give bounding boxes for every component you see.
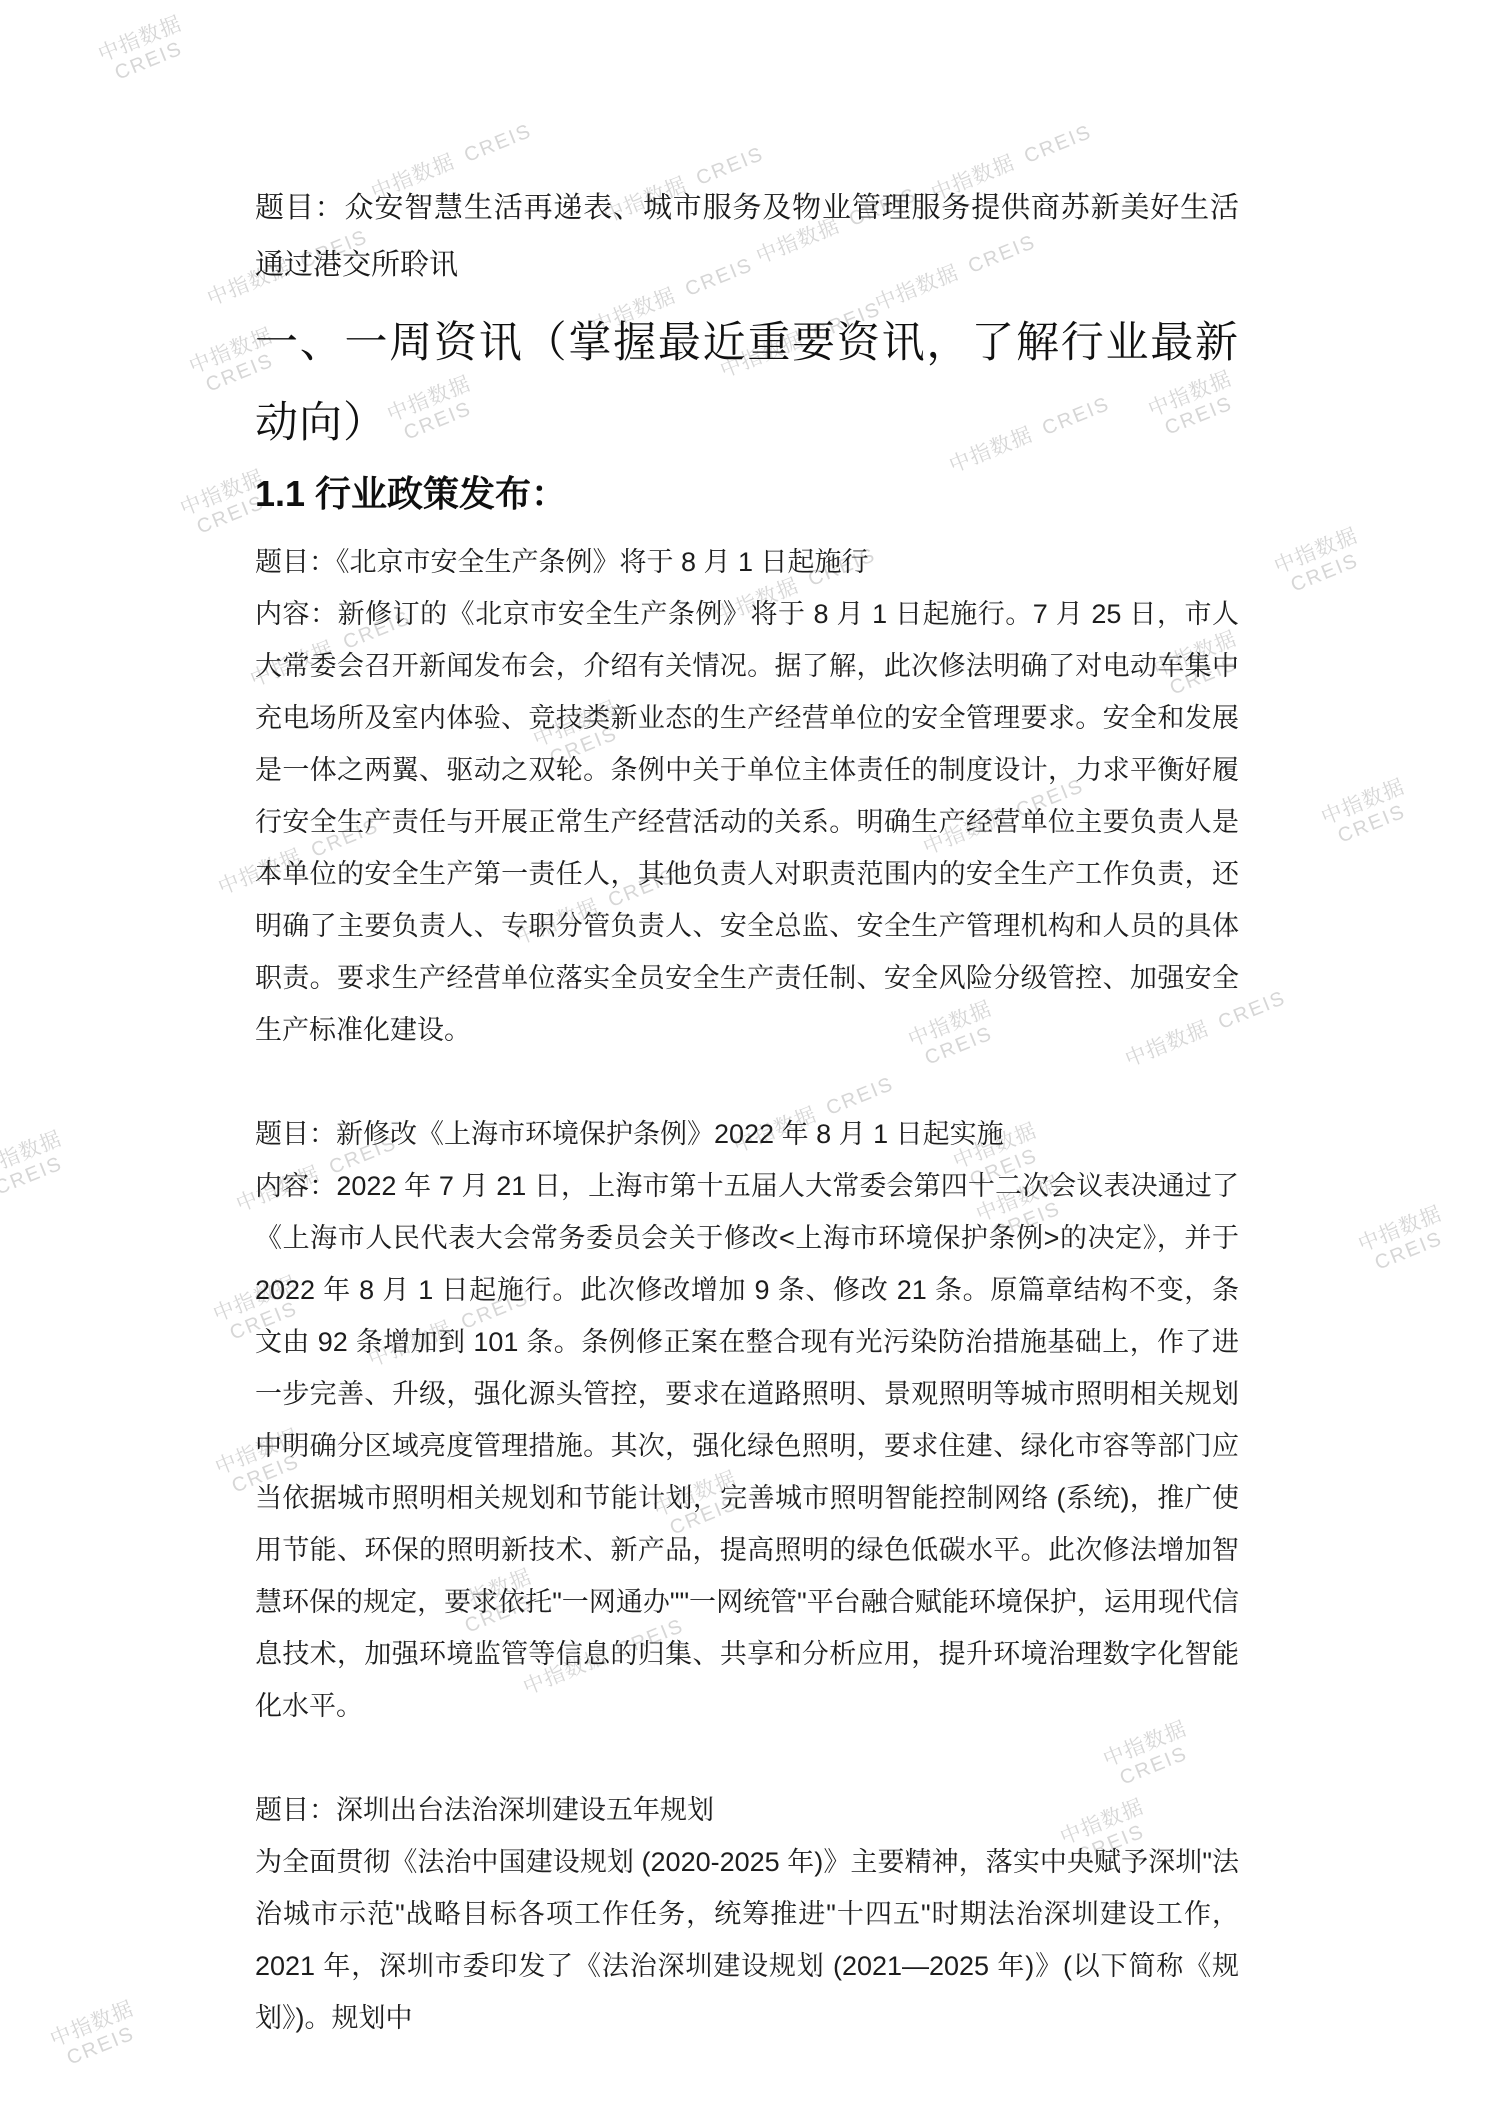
watermark-en-text: CREIS [1364, 1224, 1454, 1278]
watermark-en-text: CREIS [1021, 121, 1095, 168]
watermark-cn-text: 中指数据 [1355, 1202, 1445, 1256]
creis-watermark: 中指数据CREIS [1318, 775, 1417, 851]
article-title: 题目：深圳出台法治深圳建设五年规划 [255, 1784, 1239, 1836]
report-intro-title: 题目：众安智慧生活再递表、城市服务及物业管理服务提供商苏新美好生活通过港交所聆讯 [255, 180, 1239, 294]
creis-watermark: 中指数据CREIS [47, 1997, 146, 2073]
section-heading: 一、一周资讯（掌握最近重要资讯，了解行业最新动向） [255, 304, 1239, 464]
creis-watermark: 中指数据CREIS [1355, 1202, 1454, 1278]
watermark-cn-text: 中指数据 [47, 1997, 137, 2051]
creis-watermark: 中指数据CREIS [95, 12, 194, 88]
watermark-cn-text: 中指数据 [95, 12, 185, 66]
watermark-en-text: CREIS [0, 1149, 74, 1203]
watermark-cn-text: 中指数据 [177, 466, 267, 520]
watermark-en-text: CREIS [461, 120, 535, 167]
news-article: 题目：新修改《上海市环境保护条例》2022 年 8 月 1 日起实施 内容：20… [255, 1108, 1239, 1732]
creis-watermark: 中指数据CREIS [0, 1127, 74, 1203]
article-title: 题目：《北京市安全生产条例》将于 8 月 1 日起施行 [255, 536, 1239, 588]
watermark-cn-text: 中指数据 [0, 1127, 65, 1181]
document-page: 中指数据CREIS中指数据CREIS中指数据CREIS中指数据CREIS中指数据… [0, 0, 1488, 2104]
watermark-en-text: CREIS [1280, 546, 1370, 600]
watermark-en-text: CREIS [56, 2019, 146, 2073]
creis-watermark: 中指数据CREIS [1271, 524, 1370, 600]
watermark-cn-text: 中指数据 [1271, 524, 1361, 578]
news-article: 题目：《北京市安全生产条例》将于 8 月 1 日起施行 内容：新修订的《北京市安… [255, 536, 1239, 1056]
article-body: 为全面贯彻《法治中国建设规划 (2020-2025 年)》主要精神，落实中央赋予… [255, 1836, 1239, 2044]
article-body: 内容：2022 年 7 月 21 日，上海市第十五届人大常委会第四十二次会议表决… [255, 1160, 1239, 1732]
watermark-en-text: CREIS [104, 34, 194, 88]
watermark-cn-text: 中指数据 [1318, 775, 1408, 829]
watermark-en-text: CREIS [1327, 797, 1417, 851]
article-title: 题目：新修改《上海市环境保护条例》2022 年 8 月 1 日起实施 [255, 1108, 1239, 1160]
news-article: 题目：深圳出台法治深圳建设五年规划 为全面贯彻《法治中国建设规划 (2020-2… [255, 1784, 1239, 2044]
subsection-heading: 1.1 行业政策发布： [255, 472, 1239, 516]
article-body: 内容：新修订的《北京市安全生产条例》将于 8 月 1 日起施行。7 月 25 日… [255, 588, 1239, 1056]
page-content: 题目：众安智慧生活再递表、城市服务及物业管理服务提供商苏新美好生活通过港交所聆讯… [255, 168, 1239, 2044]
